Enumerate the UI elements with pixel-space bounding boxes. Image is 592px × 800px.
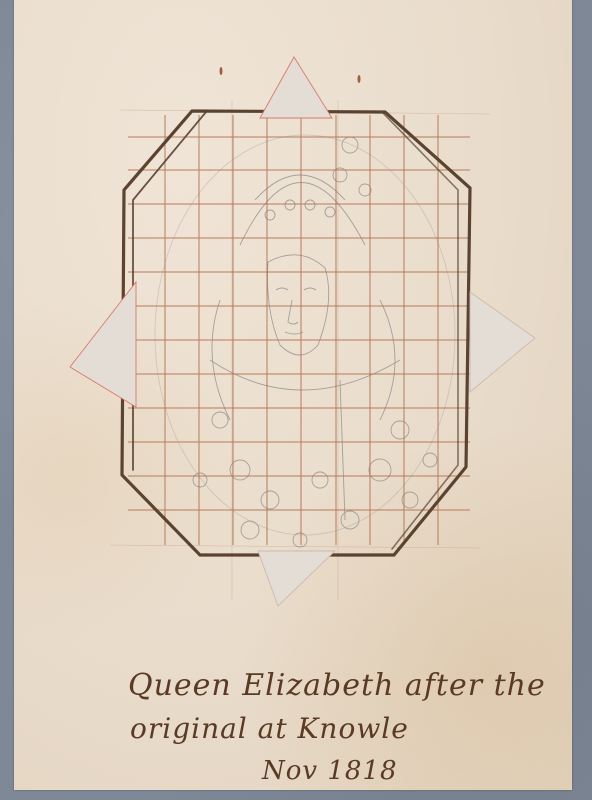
right-tab: [470, 292, 535, 392]
bottom-tab: [258, 551, 335, 606]
inscription-date: Nov 1818: [262, 756, 398, 786]
inscription-line-1: Queen Elizabeth after the: [128, 668, 546, 703]
top-tab: [260, 57, 332, 118]
octagonal-frame: [122, 111, 470, 555]
dress-flowers: [193, 412, 437, 547]
left-tab: [70, 282, 136, 407]
portrait-pencil: [155, 135, 455, 547]
tab-triangles: [70, 57, 535, 606]
inscription-line-2: original at Knowle: [130, 712, 409, 745]
transfer-grid: [128, 115, 470, 545]
